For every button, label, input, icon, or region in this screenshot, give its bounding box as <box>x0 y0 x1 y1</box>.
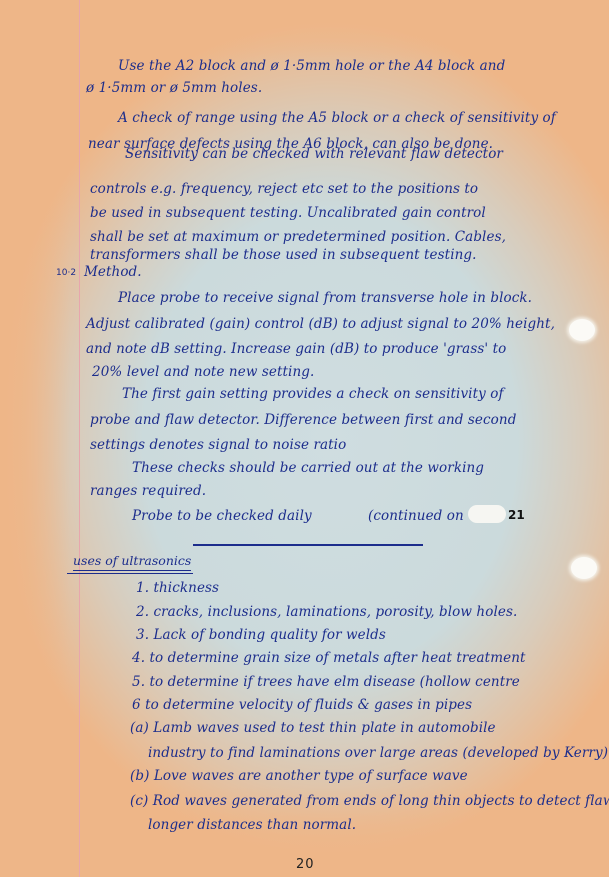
text-line: A check of range using the A5 block or a… <box>118 110 556 126</box>
section-divider <box>193 544 423 546</box>
page-number: 20 <box>296 857 315 872</box>
text-line: 20% level and note new setting. <box>92 364 314 380</box>
text-line: be used in subsequent testing. Uncalibra… <box>90 205 486 221</box>
text-line: ranges required. <box>90 483 206 499</box>
punch-hole-icon <box>569 319 595 341</box>
text-line: probe and flaw detector. Difference betw… <box>90 412 516 428</box>
text-line: controls e.g. frequency, reject etc set … <box>90 181 478 197</box>
text-line: transformers shall be those used in subs… <box>90 247 477 263</box>
correction-blot <box>468 505 506 523</box>
text-line: Place probe to receive signal from trans… <box>118 290 532 306</box>
list-item: (c) Rod waves generated from ends of lon… <box>130 793 609 809</box>
paper-edge-left <box>0 0 70 877</box>
text-line: Use the A2 block and ø 1·5mm hole or the… <box>118 58 505 74</box>
list-item: (b) Love waves are another type of surfa… <box>130 768 468 784</box>
margin-rule <box>79 0 80 877</box>
list-item: 4. to determine grain size of metals aft… <box>132 650 526 666</box>
section-title: Method. <box>84 264 142 280</box>
list-item: 2. cracks, inclusions, laminations, poro… <box>136 604 517 620</box>
list-item: industry to find laminations over large … <box>148 745 608 761</box>
continued-page-ref: 21 <box>508 508 525 522</box>
text-line: settings denotes signal to noise ratio <box>90 437 346 453</box>
text-line: These checks should be carried out at th… <box>132 460 484 476</box>
list-item: 6 to determine velocity of fluids & gase… <box>132 697 472 713</box>
text-line: and note dB setting. Increase gain (dB) … <box>86 341 506 357</box>
list-item: 5. to determine if trees have elm diseas… <box>132 674 520 690</box>
text-line: Probe to be checked daily <box>132 508 312 524</box>
list-item: (a) Lamb waves used to test thin plate i… <box>130 720 496 736</box>
text-line: Sensitivity can be checked with relevant… <box>125 146 503 162</box>
punch-hole-icon <box>571 557 597 579</box>
uses-heading: uses of ultrasonics <box>73 553 191 571</box>
text-line: Adjust calibrated (gain) control (dB) to… <box>86 316 555 332</box>
section-number: 10·2 <box>56 268 76 278</box>
list-item: 1. thickness <box>136 580 219 596</box>
text-line: ø 1·5mm or ø 5mm holes. <box>86 80 262 96</box>
text-line: The first gain setting provides a check … <box>122 386 504 402</box>
list-item: 3. Lack of bonding quality for welds <box>136 627 386 643</box>
continued-note: (continued on <box>368 508 464 524</box>
paper-edge-top <box>0 0 609 60</box>
text-line: shall be set at maximum or predetermined… <box>90 229 506 245</box>
list-item: longer distances than normal. <box>148 817 356 833</box>
